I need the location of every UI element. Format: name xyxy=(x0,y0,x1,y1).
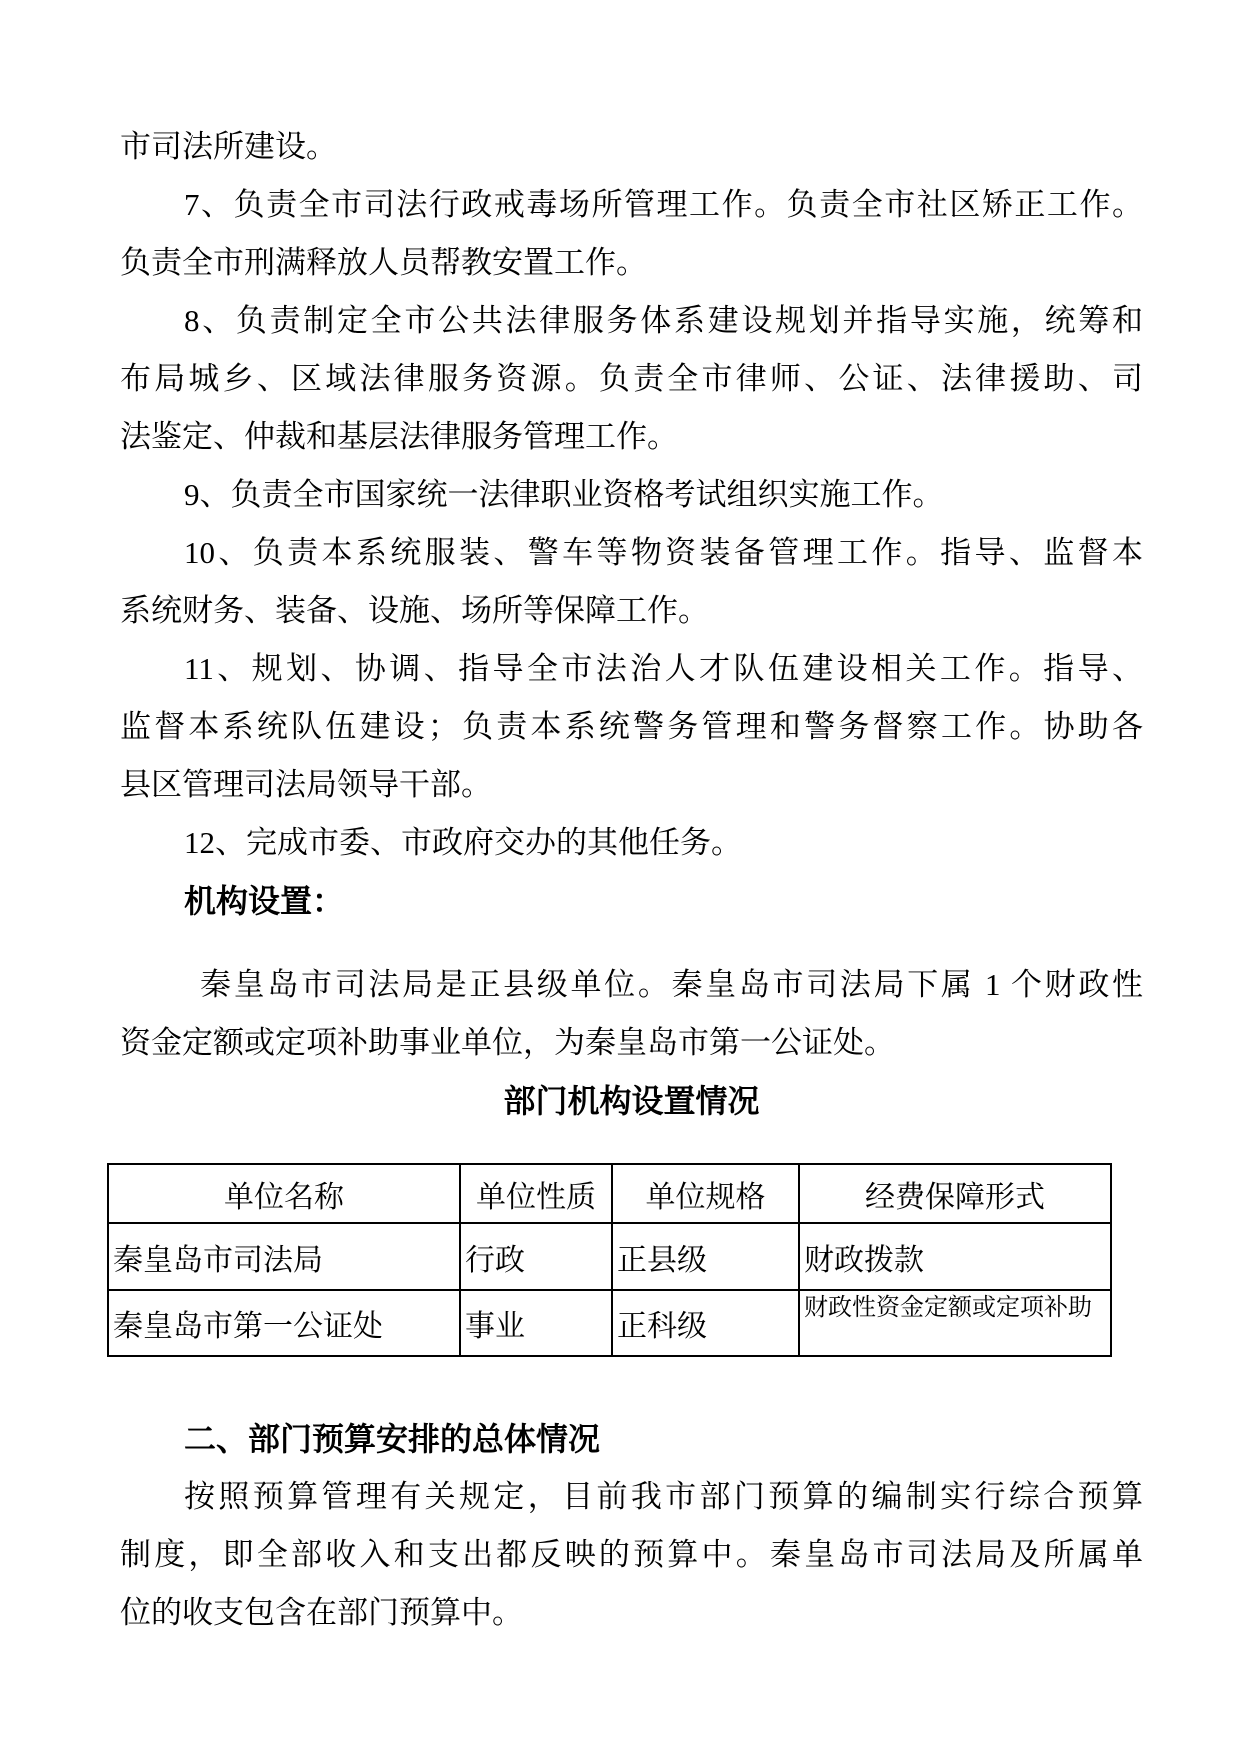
body-line: 8、负责制定全市公共法律服务体系建设规划并指导实施，统筹和 xyxy=(120,292,1143,350)
body-line: 资金定额或定项补助事业单位，为秦皇岛市第一公证处。 xyxy=(120,1014,1143,1072)
header-cell-unit-name: 单位名称 xyxy=(108,1164,460,1223)
body-line: 市司法所建设。 xyxy=(120,118,1143,176)
cell-unit-grade: 正科级 xyxy=(612,1290,799,1356)
header-cell-unit-grade: 单位规格 xyxy=(612,1164,799,1223)
cell-funding-form: 财政性资金定额或定项补助 xyxy=(799,1290,1111,1356)
budget-paragraph: 按照预算管理有关规定，目前我市部门预算的编制实行综合预算 制度，即全部收入和支出… xyxy=(120,1468,1143,1642)
body-line: 9、负责全市国家统一法律职业资格考试组织实施工作。 xyxy=(120,466,1143,524)
body-line: 法鉴定、仲裁和基层法律服务管理工作。 xyxy=(120,408,1143,466)
body-line: 位的收支包含在部门预算中。 xyxy=(120,1584,1143,1642)
org-table-header-row: 单位名称 单位性质 单位规格 经费保障形式 xyxy=(108,1164,1111,1223)
body-line: 县区管理司法局领导干部。 xyxy=(120,756,1143,814)
org-table-title: 部门机构设置情况 xyxy=(120,1072,1143,1130)
cell-unit-name: 秦皇岛市第一公证处 xyxy=(108,1290,460,1356)
cell-unit-nature: 行政 xyxy=(460,1223,612,1290)
body-line: 11、规划、协调、指导全市法治人才队伍建设相关工作。指导、 xyxy=(120,640,1143,698)
org-table: 单位名称 单位性质 单位规格 经费保障形式 秦皇岛市司法局 行政 正县级 财政拨… xyxy=(107,1163,1112,1357)
budget-section-heading: 二、部门预算安排的总体情况 xyxy=(120,1410,1143,1468)
cell-unit-grade: 正县级 xyxy=(612,1223,799,1290)
cell-unit-name: 秦皇岛市司法局 xyxy=(108,1223,460,1290)
table-row: 秦皇岛市司法局 行政 正县级 财政拨款 xyxy=(108,1223,1111,1290)
cell-unit-nature: 事业 xyxy=(460,1290,612,1356)
body-line: 按照预算管理有关规定，目前我市部门预算的编制实行综合预算 xyxy=(120,1468,1143,1526)
body-line: 制度，即全部收入和支出都反映的预算中。秦皇岛市司法局及所属单 xyxy=(120,1526,1143,1584)
duties-section: 市司法所建设。 7、负责全市司法行政戒毒场所管理工作。负责全市社区矫正工作。 负… xyxy=(120,118,1143,872)
org-setup-heading: 机构设置： xyxy=(120,872,1143,930)
header-cell-funding-form: 经费保障形式 xyxy=(799,1164,1111,1223)
table-row: 秦皇岛市第一公证处 事业 正科级 财政性资金定额或定项补助 xyxy=(108,1290,1111,1356)
body-line: 系统财务、装备、设施、场所等保障工作。 xyxy=(120,582,1143,640)
cell-funding-form: 财政拨款 xyxy=(799,1223,1111,1290)
body-line: 7、负责全市司法行政戒毒场所管理工作。负责全市社区矫正工作。 xyxy=(120,176,1143,234)
body-line: 负责全市刑满释放人员帮教安置工作。 xyxy=(120,234,1143,292)
document-page: 市司法所建设。 7、负责全市司法行政戒毒场所管理工作。负责全市社区矫正工作。 负… xyxy=(0,0,1241,1755)
body-line: 布局城乡、区域法律服务资源。负责全市律师、公证、法律援助、司 xyxy=(120,350,1143,408)
org-paragraph: 秦皇岛市司法局是正县级单位。秦皇岛市司法局下属 1 个财政性 资金定额或定项补助… xyxy=(120,956,1143,1072)
body-line: 10、负责本系统服装、警车等物资装备管理工作。指导、监督本 xyxy=(120,524,1143,582)
body-line: 12、完成市委、市政府交办的其他任务。 xyxy=(120,814,1143,872)
body-line: 秦皇岛市司法局是正县级单位。秦皇岛市司法局下属 1 个财政性 xyxy=(120,956,1143,1014)
header-cell-unit-nature: 单位性质 xyxy=(460,1164,612,1223)
body-line: 监督本系统队伍建设；负责本系统警务管理和警务督察工作。协助各 xyxy=(120,698,1143,756)
